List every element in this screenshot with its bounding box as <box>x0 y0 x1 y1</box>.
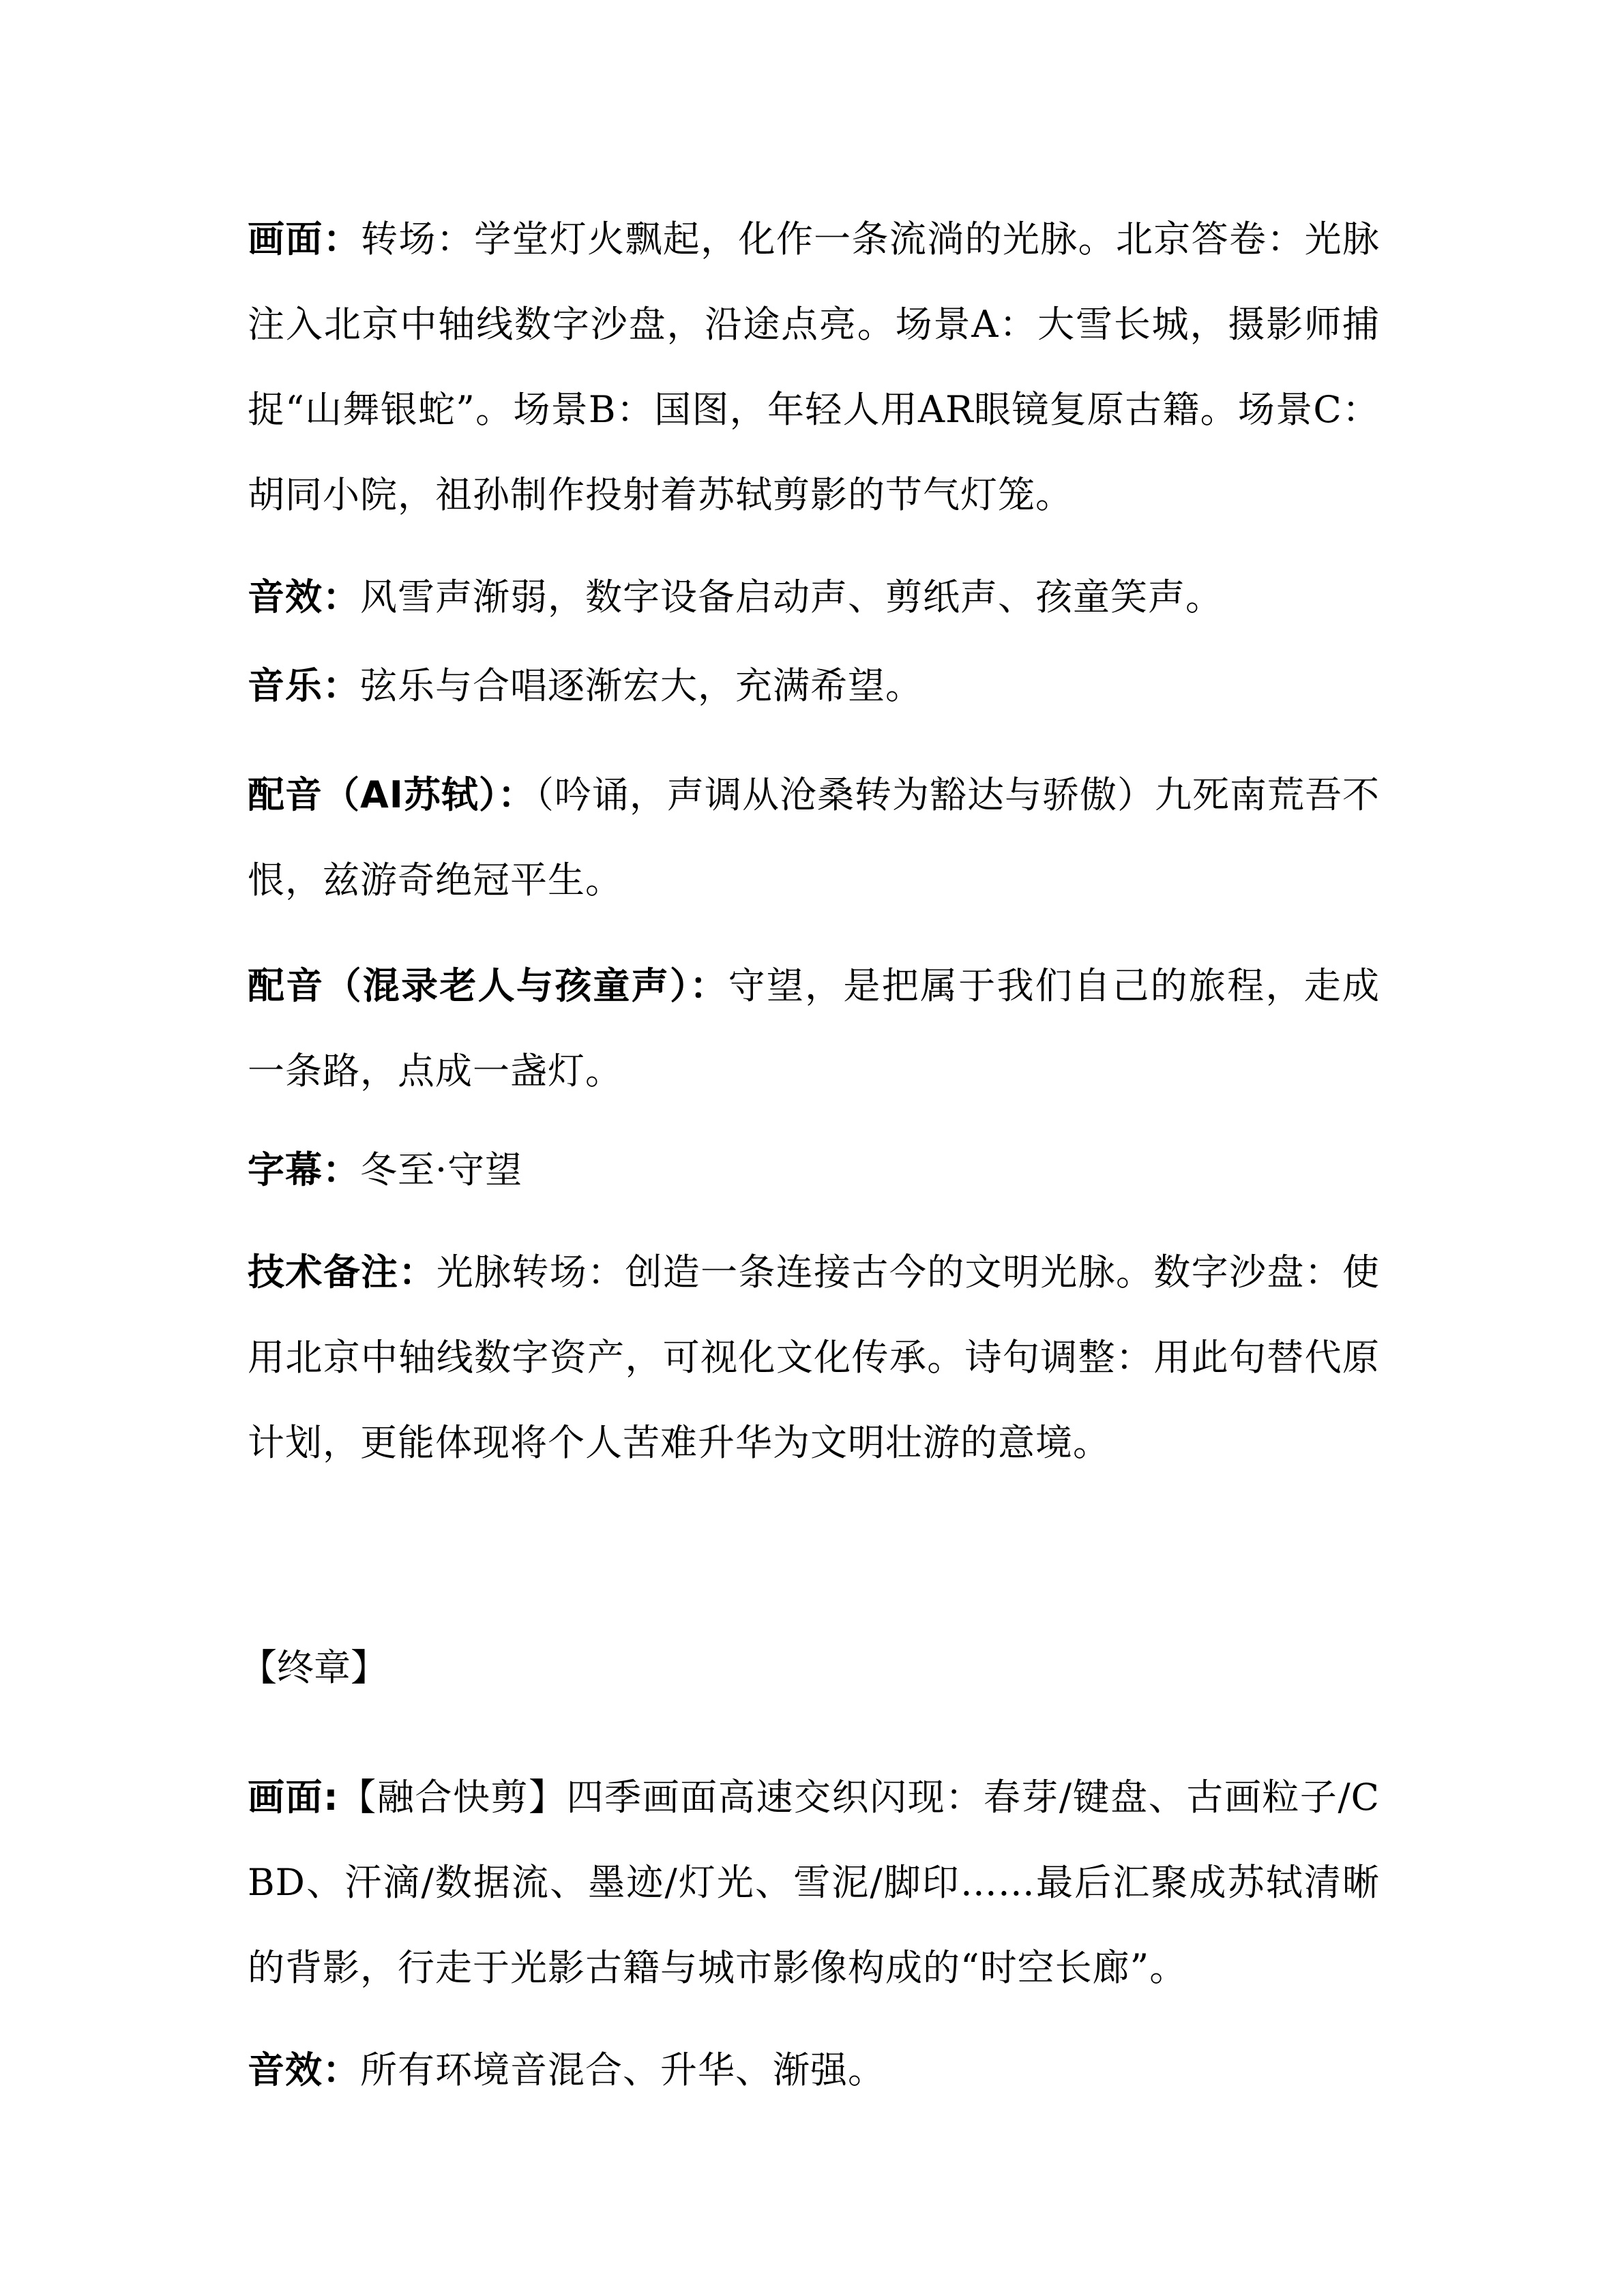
voiceover-mixed-paragraph: 配音（混录老人与孩童声）：守望，是把属于我们自己的旅程，走成一条路，点成一盏灯。 <box>248 943 1380 1114</box>
music-label: 音乐： <box>248 664 360 707</box>
subtitle-label: 字幕： <box>248 1148 360 1191</box>
subtitle-text: 冬至·守望 <box>360 1148 522 1191</box>
finale-sound-effects-paragraph: 音效：所有环境音混合、升华、渐强。 <box>248 2027 1380 2113</box>
voiceover-mixed-label: 配音（混录老人与孩童声）： <box>248 964 728 1007</box>
tech-notes-label: 技术备注： <box>248 1251 437 1294</box>
finale-visual-paragraph: 画面:【融合快剪】四季画面高速交织闪现：春芽/键盘、古画粒子/CBD、汗滴/数据… <box>248 1755 1380 2010</box>
subtitle-paragraph: 字幕：冬至·守望 <box>248 1127 1380 1212</box>
visual-paragraph: 画面：转场：学堂灯火飘起，化作一条流淌的光脉。北京答卷：光脉注入北京中轴线数字沙… <box>248 196 1380 537</box>
finale-heading: 【终章】 <box>240 1625 387 1710</box>
sound-effects-text: 风雪声渐弱，数字设备启动声、剪纸声、孩童笑声。 <box>360 576 1223 618</box>
sound-effects-paragraph: 音效：风雪声渐弱，数字设备启动声、剪纸声、孩童笑声。 <box>248 554 1380 640</box>
tech-notes-paragraph: 技术备注：光脉转场：创造一条连接古今的文明光脉。数字沙盘：使用北京中轴线数字资产… <box>248 1229 1380 1485</box>
voiceover-ai-label: 配音（AI苏轼）： <box>248 773 535 816</box>
music-paragraph: 音乐：弦乐与合唱逐渐宏大，充满希望。 <box>248 643 1380 728</box>
visual-text: 转场：学堂灯火飘起，化作一条流淌的光脉。北京答卷：光脉注入北京中轴线数字沙盘，沿… <box>248 218 1380 516</box>
finale-sound-effects-text: 所有环境音混合、升华、渐强。 <box>360 2048 885 2091</box>
sound-effects-label: 音效： <box>248 576 360 618</box>
document-page: 画面：转场：学堂灯火飘起，化作一条流淌的光脉。北京答卷：光脉注入北京中轴线数字沙… <box>0 0 1624 2296</box>
visual-label: 画面： <box>248 218 361 260</box>
finale-visual-label: 画面: <box>248 1776 339 1819</box>
voiceover-ai-paragraph: 配音（AI苏轼）：（吟诵，声调从沧桑转为豁达与骄傲）九死南荒吾不恨，兹游奇绝冠平… <box>248 752 1380 923</box>
music-text: 弦乐与合唱逐渐宏大，充满希望。 <box>360 664 923 707</box>
finale-visual-text: 【融合快剪】四季画面高速交织闪现：春芽/键盘、古画粒子/CBD、汗滴/数据流、墨… <box>248 1776 1380 1989</box>
finale-sound-effects-label: 音效： <box>248 2048 360 2091</box>
